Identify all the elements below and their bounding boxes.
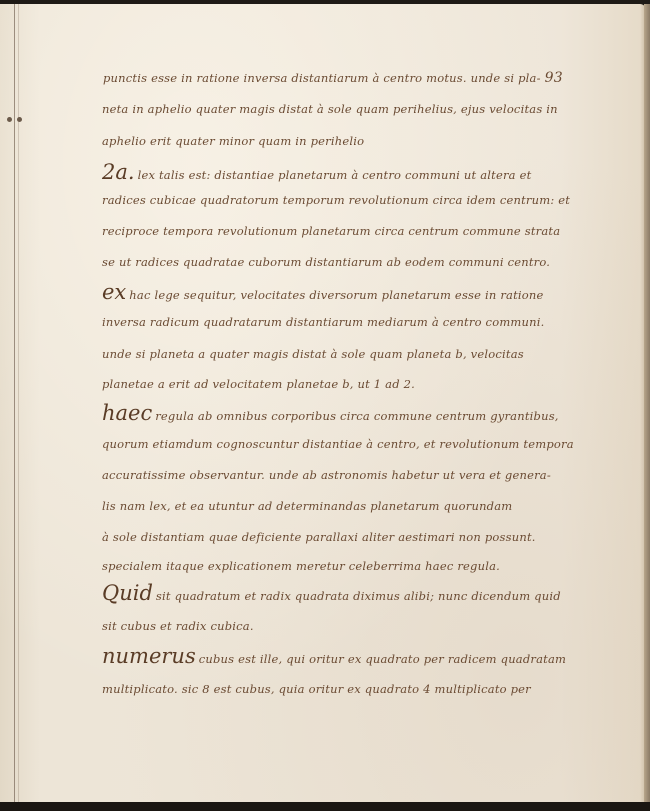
text-line: punctis esse in ratione inversa distanti… [103, 70, 563, 86]
text-line: specialem itaque explicationem meretur c… [102, 559, 500, 573]
paragraph-initial: ex [102, 280, 126, 304]
text-line-paragraph-start: 2a.lex talis est: distantiae planetarum … [102, 160, 531, 184]
text-line: unde si planeta a quater magis distat à … [102, 347, 524, 361]
text-line: lis nam lex, et ea utuntur ad determinan… [102, 499, 512, 513]
text-line-paragraph-start: numeruscubus est ille, qui oritur ex qua… [102, 644, 566, 668]
text-line: reciproce tempora revolutionum planetaru… [102, 224, 560, 238]
paragraph-initial: 2a. [102, 160, 135, 184]
text-line: neta in aphelio quater magis distat à so… [102, 102, 558, 116]
manuscript-page: punctis esse in ratione inversa distanti… [0, 4, 646, 802]
text-line: inversa radicum quadratarum distantiarum… [102, 315, 544, 329]
binding-stitch-hole [7, 117, 12, 122]
text-line: quorum etiamdum cognoscuntur distantiae … [102, 437, 574, 451]
folio-number: 93 [545, 70, 563, 86]
paragraph-initial: numerus [102, 644, 196, 668]
text-line: aphelio erit quater minor quam in perihe… [102, 134, 364, 148]
text-line-paragraph-start: exhac lege sequitur, velocitates diverso… [102, 280, 544, 304]
text-line: radices cubicae quadratorum temporum rev… [102, 193, 570, 207]
binding-gutter-line [14, 4, 15, 802]
text-line: multiplicato. sic 8 est cubus, quia orit… [102, 682, 531, 696]
text-line: planetae a erit ad velocitatem planetae … [102, 377, 415, 391]
text-line: se ut radices quadratae cuborum distanti… [102, 255, 550, 269]
binding-stitch-hole [17, 117, 22, 122]
text-line-paragraph-start: Quidsit quadratum et radix quadrata dixi… [102, 581, 561, 605]
text-line: sit cubus et radix cubica. [102, 619, 254, 633]
paragraph-initial: haec [102, 401, 152, 425]
text-line: à sole distantiam quae deficiente parall… [102, 530, 536, 544]
book-cover-edge [0, 802, 650, 811]
text-line-paragraph-start: haecregula ab omnibus corporibus circa c… [102, 401, 559, 425]
text-line: accuratissime observantur. unde ab astro… [102, 468, 551, 482]
paragraph-initial: Quid [102, 581, 153, 605]
page-edge-shadow [644, 4, 650, 802]
binding-gutter-shadow [18, 4, 19, 802]
